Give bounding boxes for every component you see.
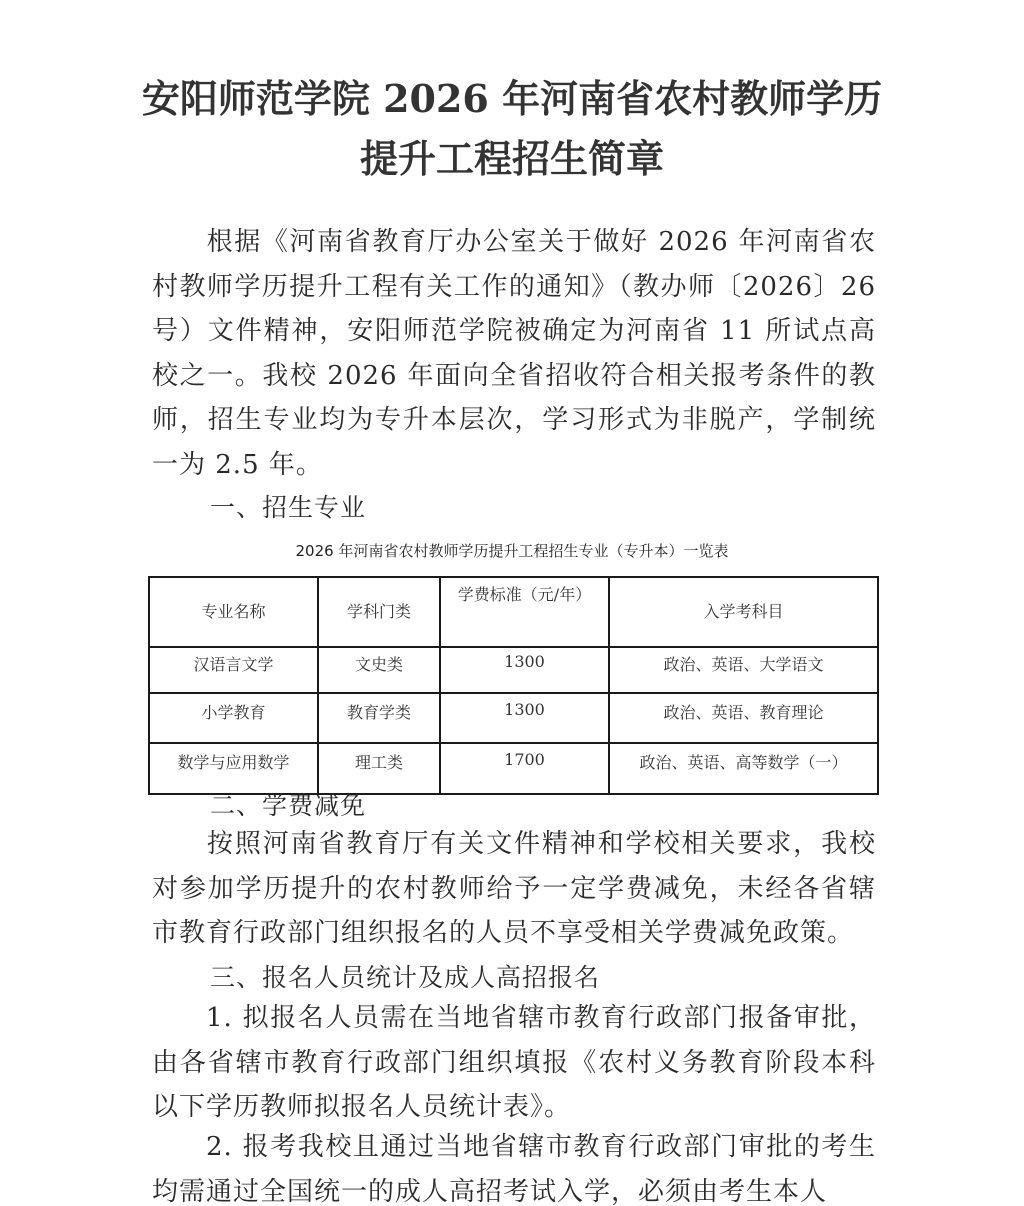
cell-tuition: 1300 (440, 647, 609, 693)
cell-exam: 政治、英语、高等数学（一） (609, 743, 878, 794)
tuition-waiver-paragraph: 按照河南省教育厅有关文件精神和学校相关要求，我校对参加学历提升的农村教师给予一定… (152, 822, 876, 956)
cell-major: 汉语言文学 (149, 647, 318, 693)
cell-discipline: 教育学类 (318, 693, 440, 743)
intro-paragraph: 根据《河南省教育厅办公室关于做好 2026 年河南省农村教师学历提升工程有关工作… (152, 220, 876, 487)
cell-exam: 政治、英语、教育理论 (609, 693, 878, 743)
cell-exam: 政治、英语、大学语文 (609, 647, 878, 693)
header-major-name: 专业名称 (149, 577, 318, 647)
table-header-row: 专业名称 学科门类 学费标准（元/年） 入学考科目 (149, 577, 878, 647)
cell-tuition: 1700 (440, 743, 609, 794)
cell-major: 小学教育 (149, 693, 318, 743)
table-row: 小学教育 教育学类 1300 政治、英语、教育理论 (149, 693, 878, 743)
intro-text: 根据《河南省教育厅办公室关于做好 2026 年河南省农村教师学历提升工程有关工作… (152, 227, 876, 480)
header-discipline: 学科门类 (318, 577, 440, 647)
registration-item-1-text: 1. 拟报名人员需在当地省辖市教育行政部门报备审批，由各省辖市教育行政部门组织填… (152, 1003, 876, 1122)
document-title-line-2: 提升工程招生简章 (0, 128, 1024, 183)
table-row: 汉语言文学 文史类 1300 政治、英语、大学语文 (149, 647, 878, 693)
tuition-waiver-text: 按照河南省教育厅有关文件精神和学校相关要求，我校对参加学历提升的农村教师给予一定… (152, 829, 876, 948)
cell-discipline: 文史类 (318, 647, 440, 693)
table-caption: 2026 年河南省农村教师学历提升工程招生专业（专升本）一览表 (0, 540, 1024, 561)
header-tuition: 学费标准（元/年） (440, 577, 609, 647)
registration-item-2-text: 2. 报考我校且通过当地省辖市教育行政部门审批的考生均需通过全国统一的成人高招考… (152, 1132, 876, 1206)
section-heading-majors: 一、招生专业 (210, 488, 366, 524)
majors-table: 专业名称 学科门类 学费标准（元/年） 入学考科目 汉语言文学 文史类 1300… (148, 576, 879, 795)
registration-item-1: 1. 拟报名人员需在当地省辖市教育行政部门报备审批，由各省辖市教育行政部门组织填… (152, 996, 876, 1130)
section-heading-tuition-waiver: 二、学费减免 (210, 786, 366, 822)
header-exam-subjects: 入学考科目 (609, 577, 878, 647)
document-title-line-1: 安阳师范学院 2026 年河南省农村教师学历 (0, 68, 1024, 123)
registration-item-2: 2. 报考我校且通过当地省辖市教育行政部门审批的考生均需通过全国统一的成人高招考… (152, 1125, 876, 1206)
section-heading-registration: 三、报名人员统计及成人高招报名 (210, 958, 600, 994)
cell-tuition: 1300 (440, 693, 609, 743)
